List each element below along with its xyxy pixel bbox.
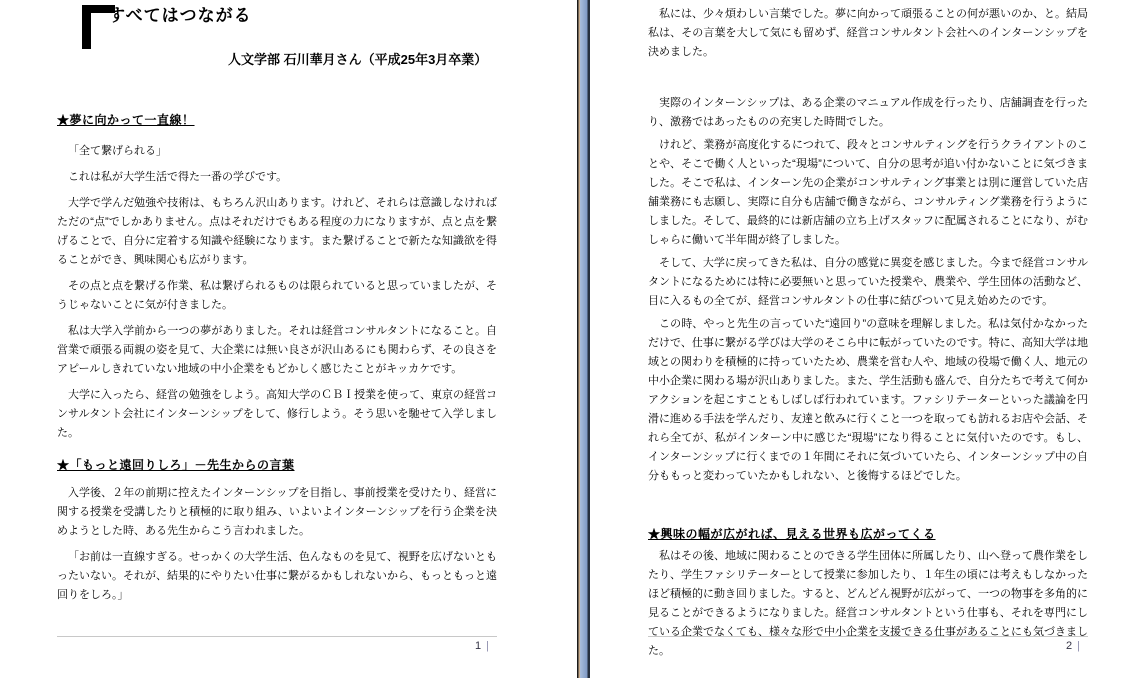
paragraph: 「お前は一直線すぎる。せっかくの大学生活、色んなものを見て、視野を広げないともっ…	[57, 548, 497, 605]
page-1[interactable]: すべてはつながる 人文学部 石川華月さん（平成25年3月卒業） ★夢に向かって一…	[0, 0, 577, 678]
paragraph: 私は大学入学前から一つの夢がありました。それは経営コンサルタントになること。自営…	[57, 322, 497, 379]
section-heading-2: ★「もっと遠回りしろ」－先生からの言葉	[57, 457, 497, 474]
paragraph: 入学後、２年の前期に控えたインターンシップを目指し、事前授業を受けたり、経営に関…	[57, 484, 497, 541]
page-number: 1	[475, 640, 481, 652]
paragraph: その点と点を繋げる作業、私は繋げられるものは限られていると思っていましたが、そう…	[57, 277, 497, 315]
paragraph: これは私が大学生活で得た一番の学びです。	[57, 168, 497, 187]
page-gap	[577, 0, 590, 678]
document-title-row: すべてはつながる	[108, 4, 497, 48]
paragraph: この時、やっと先生の言っていた“遠回り”の意味を理解しました。私は気付かなかった…	[648, 315, 1088, 486]
page-1-content: すべてはつながる 人文学部 石川華月さん（平成25年3月卒業） ★夢に向かって一…	[0, 4, 497, 605]
paragraph: 大学に入ったら、経営の勉強をしよう。高知大学のＣＢＩ授業を使って、東京の経営コン…	[57, 386, 497, 443]
paragraph: 実際のインターンシップは、ある企業のマニュアル作成を行ったり、店舗調査を行ったり…	[648, 94, 1088, 132]
document-subtitle: 人文学部 石川華月さん（平成25年3月卒業）	[228, 52, 497, 68]
footer-cursor-mark: |	[1077, 640, 1088, 652]
page-2-footer: 2|	[648, 636, 1088, 654]
footer-cursor-mark: |	[486, 640, 497, 652]
paragraph: 「全て繋げられる」	[57, 142, 497, 161]
page-number: 2	[1066, 640, 1072, 652]
document-title: すべてはつながる	[108, 4, 497, 28]
document-canvas: すべてはつながる 人文学部 石川華月さん（平成25年3月卒業） ★夢に向かって一…	[0, 0, 1140, 678]
section-heading-3: ★興味の幅が広がれば、見える世界も広がってくる	[648, 526, 1088, 543]
page-2-content: 私には、少々煩わしい言葉でした。夢に向かって頑張ることの何が悪いのか、と。結局私…	[590, 5, 1088, 661]
paragraph: けれど、業務が高度化するにつれて、段々とコンサルティングを行うクライアントのこと…	[648, 136, 1088, 250]
paragraph: 大学で学んだ勉強や技術は、もちろん沢山あります。けれど、それらは意識しなければた…	[57, 194, 497, 270]
section-heading-1: ★夢に向かって一直線！	[57, 112, 497, 129]
page-2[interactable]: 私には、少々煩わしい言葉でした。夢に向かって頑張ることの何が悪いのか、と。結局私…	[590, 0, 1140, 678]
paragraph: そして、大学に戻ってきた私は、自分の感覚に異変を感じました。今まで経営コンサルタ…	[648, 254, 1088, 311]
corner-bracket-decoration	[82, 5, 115, 49]
paragraph: 私には、少々煩わしい言葉でした。夢に向かって頑張ることの何が悪いのか、と。結局私…	[648, 5, 1088, 62]
page-1-footer: 1|	[57, 636, 497, 654]
